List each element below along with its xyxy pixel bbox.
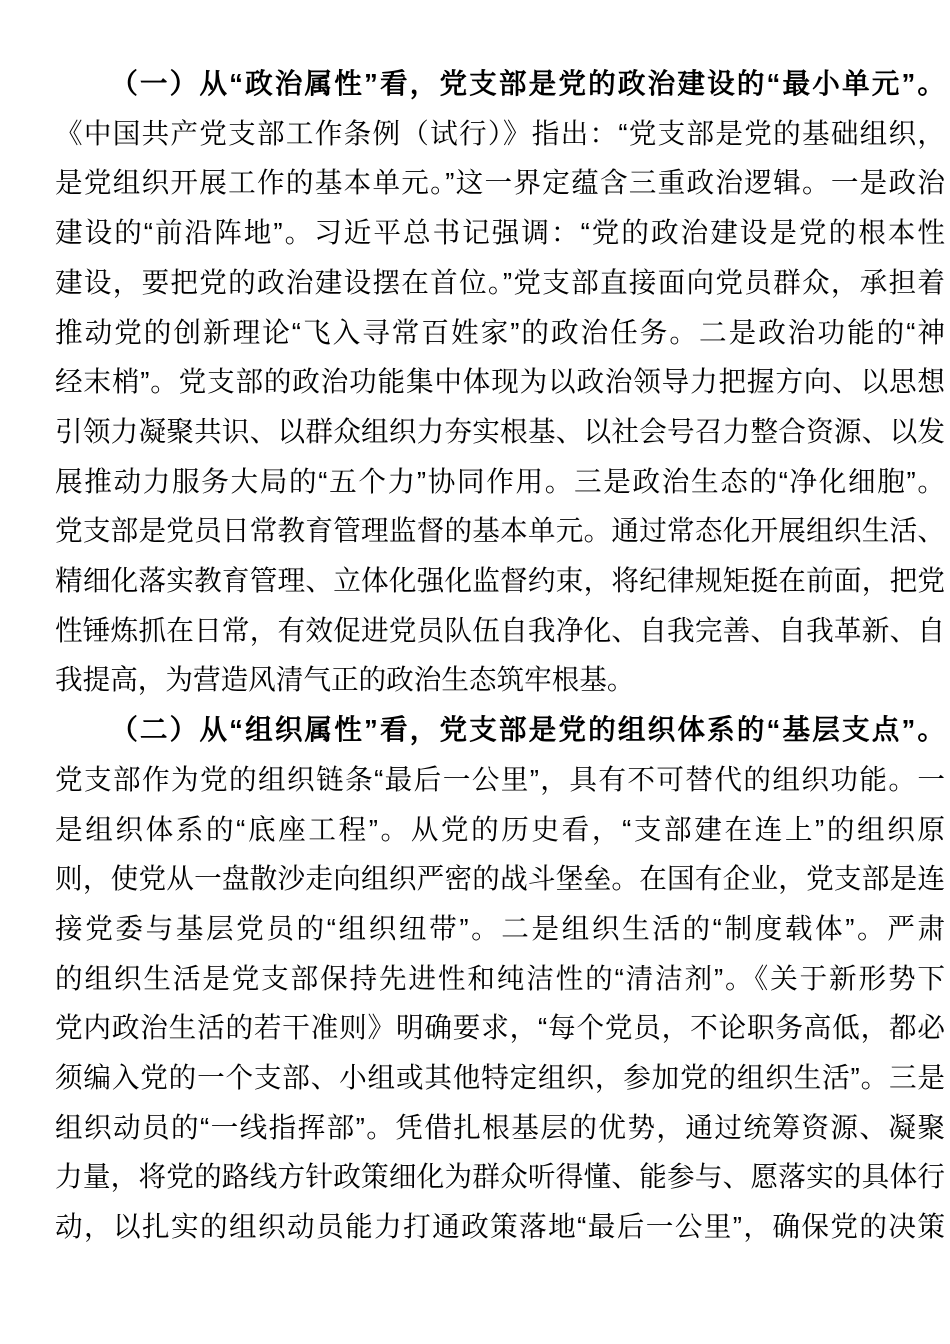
text-line: 力量，将党的路线方针政策细化为群众听得懂、能参与、愿落实的具体行: [55, 1152, 945, 1202]
text-line: 经末梢”。党支部的政治功能集中体现为以政治领导力把握方向、以思想: [55, 357, 945, 407]
paragraph-political-attribute: （一）从“政治属性”看，党支部是党的政治建设的“最小单元”。 《中国共产党支部工…: [55, 59, 945, 705]
text-line: 是党组织开展工作的基本单元。”这一界定蕴含三重政治逻辑。一是政治: [55, 158, 945, 208]
section-1-heading: （一）从“政治属性”看，党支部是党的政治建设的“最小单元”。: [55, 59, 945, 109]
document-page: （一）从“政治属性”看，党支部是党的政治建设的“最小单元”。 《中国共产党支部工…: [0, 0, 950, 1252]
text-line: 建设，要把党的政治建设摆在首位。”党支部直接面向党员群众，承担着: [55, 258, 945, 308]
text-line: 党支部是党员日常教育管理监督的基本单元。通过常态化开展组织生活、: [55, 506, 945, 556]
text-line: 组织动员的“一线指挥部”。凭借扎根基层的优势，通过统筹资源、凝聚: [55, 1103, 945, 1153]
text-line: 《中国共产党支部工作条例（试行）》指出：“党支部是党的基础组织，: [55, 109, 945, 159]
text-line: 则，使党从一盘散沙走向组织严密的战斗堡垒。在国有企业，党支部是连: [55, 854, 945, 904]
text-line: 性锤炼抓在日常，有效促进党员队伍自我净化、自我完善、自我革新、自: [55, 606, 945, 656]
text-line: 接党委与基层党员的“组织纽带”。二是组织生活的“制度载体”。严肃: [55, 904, 945, 954]
text-line: 建设的“前沿阵地”。习近平总书记强调：“党的政治建设是党的根本性: [55, 208, 945, 258]
text-line: 的组织生活是党支部保持先进性和纯洁性的“清洁剂”。《关于新形势下: [55, 954, 945, 1004]
text-line: 推动党的创新理论“飞入寻常百姓家”的政治任务。二是政治功能的“神: [55, 308, 945, 358]
text-line: 须编入党的一个支部、小组或其他特定组织，参加党的组织生活”。三是: [55, 1053, 945, 1103]
text-line: 党内政治生活的若干准则》明确要求，“每个党员，不论职务高低，都必: [55, 1003, 945, 1053]
text-line: 是组织体系的“底座工程”。从党的历史看，“支部建在连上”的组织原: [55, 805, 945, 855]
text-line: 党支部作为党的组织链条“最后一公里”，具有不可替代的组织功能。一: [55, 755, 945, 805]
text-line: 动，以扎实的组织动员能力打通政策落地“最后一公里”，确保党的决策: [55, 1202, 945, 1252]
text-line: 我提高，为营造风清气正的政治生态筑牢根基。: [55, 655, 945, 705]
paragraph-organizational-attribute: （二）从“组织属性”看，党支部是党的组织体系的“基层支点”。 党支部作为党的组织…: [55, 705, 945, 1252]
text-line: 展推动力服务大局的“五个力”协同作用。三是政治生态的“净化细胞”。: [55, 457, 945, 507]
section-2-heading: （二）从“组织属性”看，党支部是党的组织体系的“基层支点”。: [55, 705, 945, 755]
text-line: 引领力凝聚共识、以群众组织力夯实根基、以社会号召力整合资源、以发: [55, 407, 945, 457]
text-line: 精细化落实教育管理、立体化强化监督约束，将纪律规矩挺在前面，把党: [55, 556, 945, 606]
